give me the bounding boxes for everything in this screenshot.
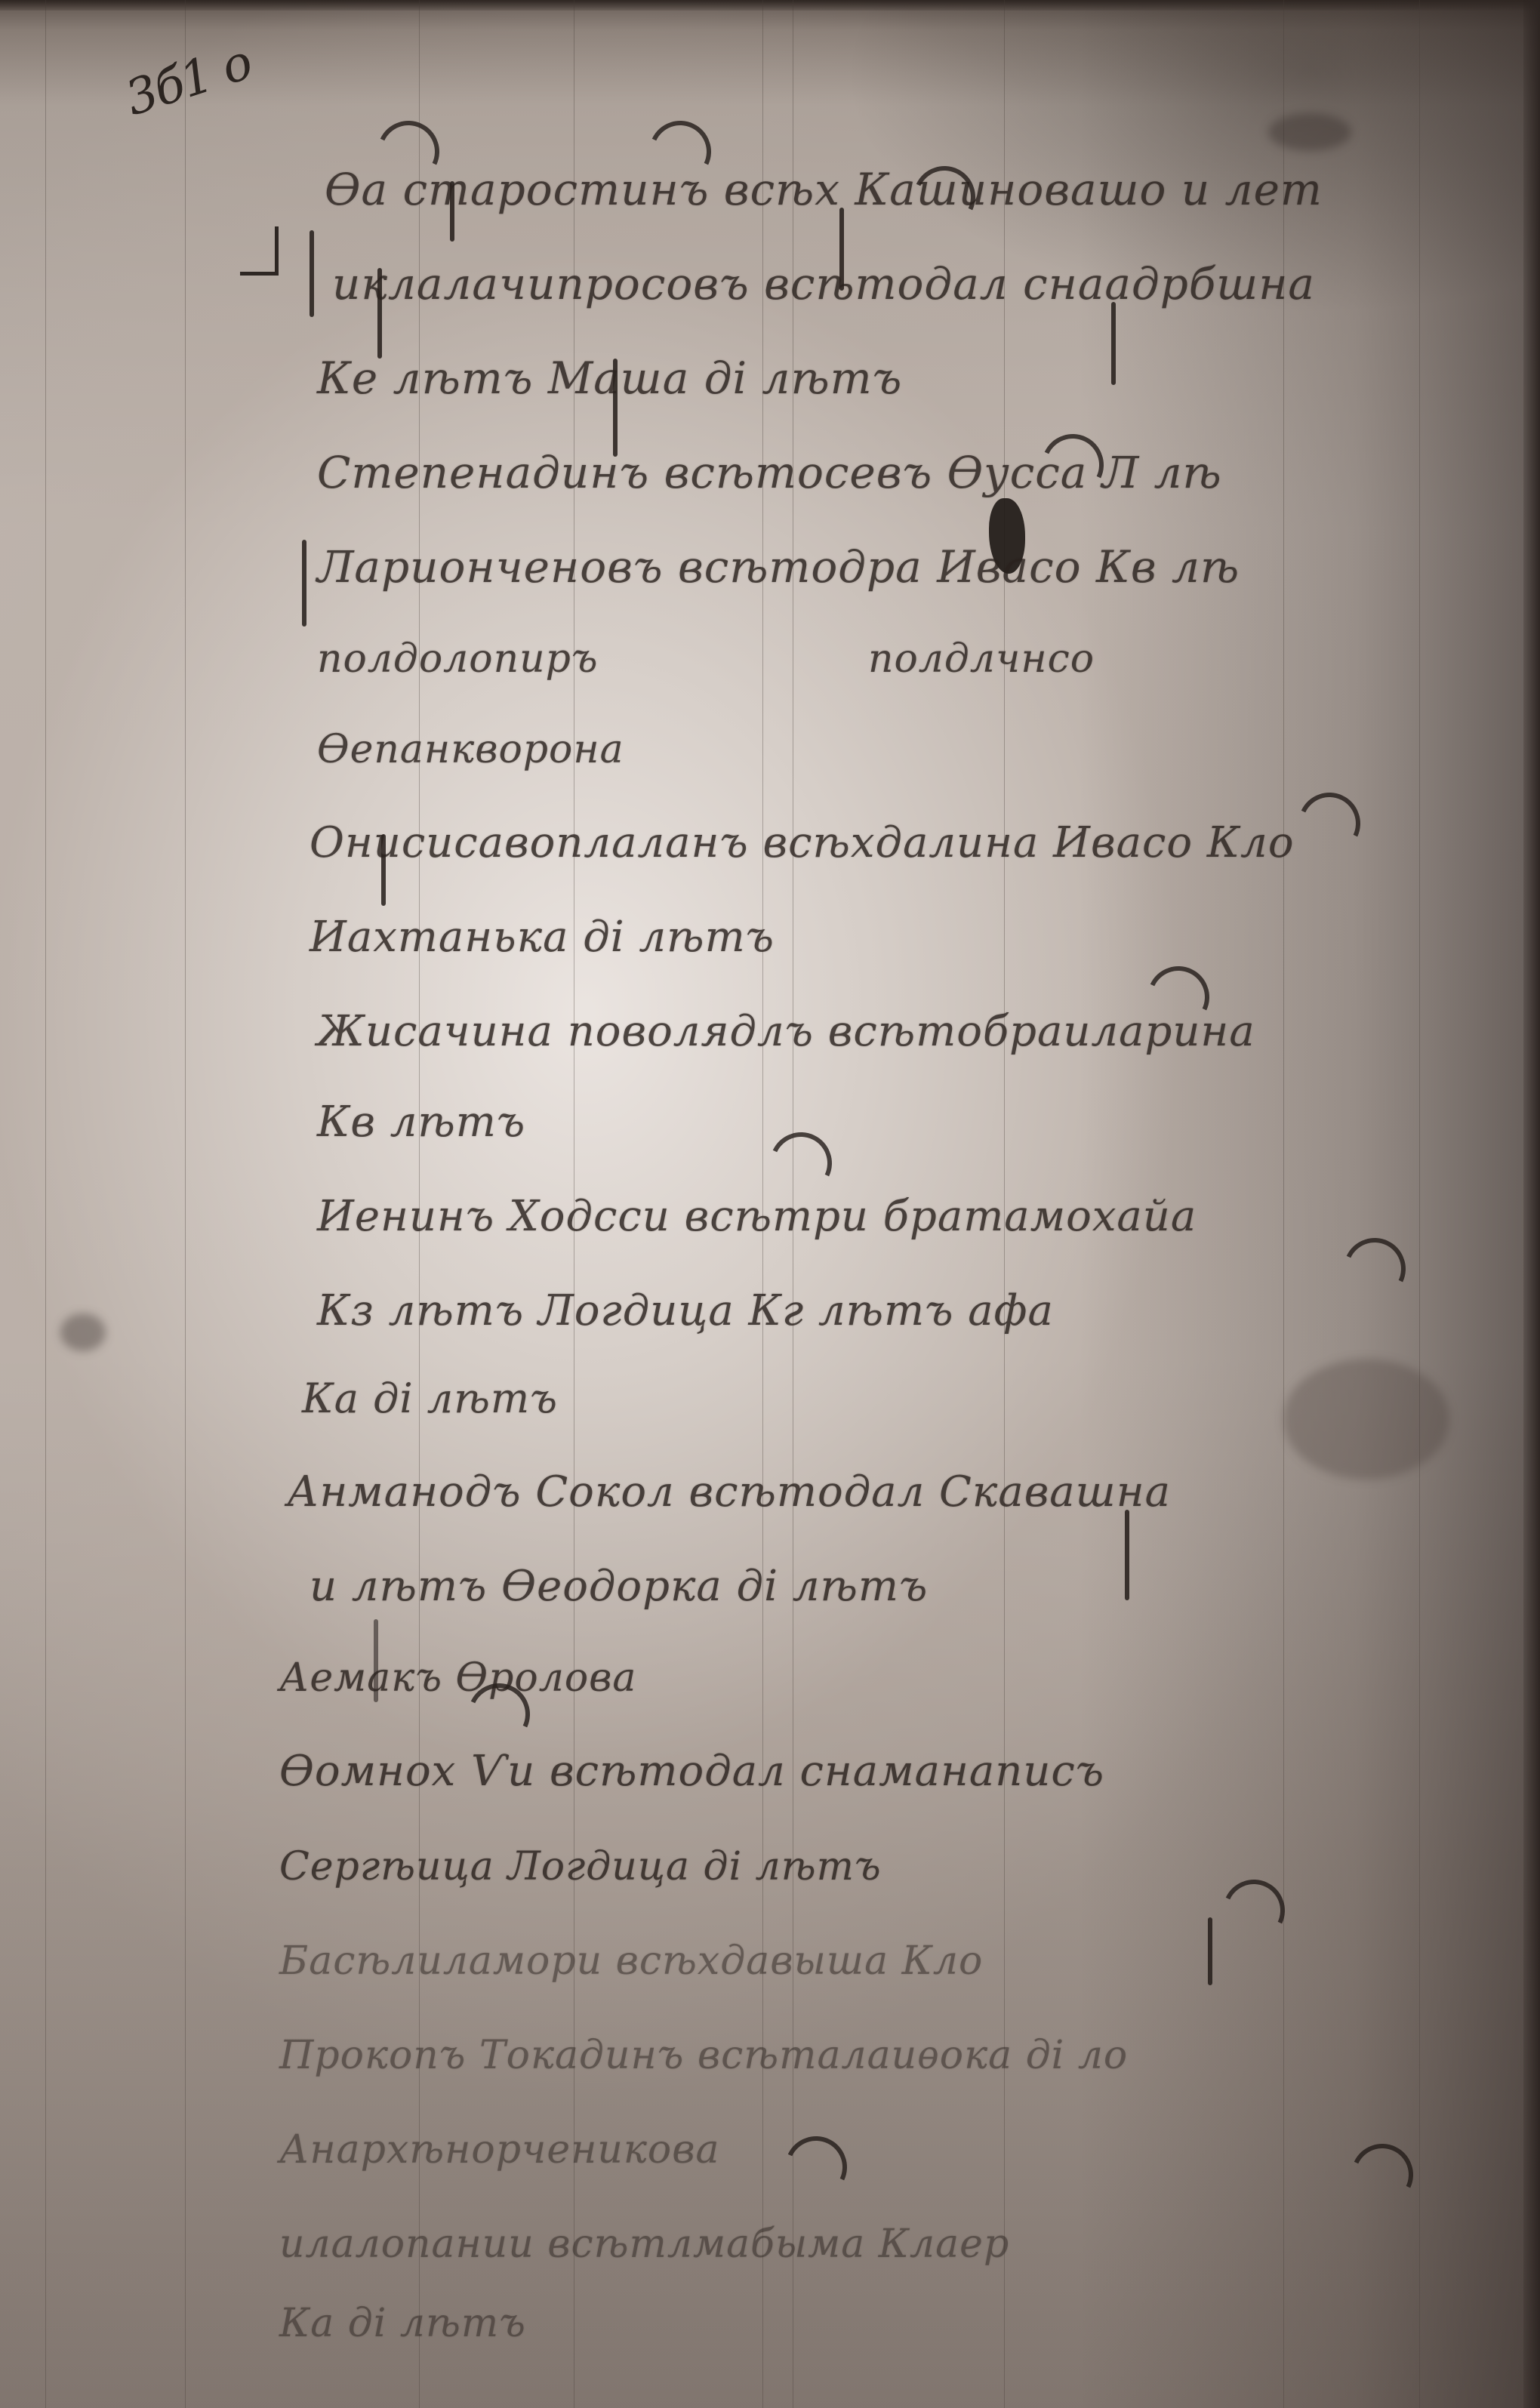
manuscript-line: полдолопиръ bbox=[317, 636, 599, 682]
manuscript-line: Иахтанька ді лѣтъ bbox=[310, 913, 775, 962]
manuscript-line: Анархѣнорченикова bbox=[279, 2127, 719, 2172]
manuscript-line: Анманодъ Сокол всѣтодал Скавашна bbox=[287, 1467, 1171, 1517]
superscript-flourish bbox=[1342, 2135, 1421, 2214]
manuscript-line: полдлчнсо bbox=[868, 636, 1095, 682]
manuscript-line: илалопании всѣтлмабыма Клаер bbox=[279, 2222, 1009, 2267]
page-top-edge bbox=[0, 0, 1540, 11]
superscript-flourish bbox=[776, 2127, 855, 2206]
descender-stroke bbox=[1111, 302, 1116, 385]
descender-stroke bbox=[310, 230, 314, 317]
superscript-flourish bbox=[1335, 1229, 1414, 1308]
ink-smudge bbox=[60, 1313, 106, 1351]
manuscript-line: Аемакъ Ѳролова bbox=[279, 1655, 636, 1701]
manuscript-line: Онисисавоплаланъ всѣхдалина Ивасо Кло bbox=[310, 818, 1295, 867]
descender-stroke bbox=[1125, 1510, 1129, 1600]
descender-stroke bbox=[1208, 1917, 1212, 1985]
manuscript-line: Ѳа старостинъ всѣх Кашиновашо и лет bbox=[325, 164, 1323, 215]
manuscript-page: 3б1 о Ѳа старостинъ всѣх Кашиновашо и ле… bbox=[0, 0, 1540, 2408]
manuscript-line: Ѳепанкворона bbox=[317, 727, 624, 772]
ruling-line bbox=[1419, 0, 1420, 2408]
page-right-edge bbox=[1523, 0, 1540, 2408]
superscript-flourish bbox=[761, 1123, 840, 1202]
descender-stroke bbox=[302, 540, 306, 627]
manuscript-line: Кв лѣтъ bbox=[317, 1098, 525, 1147]
ruling-line bbox=[185, 0, 186, 2408]
stain bbox=[1283, 1359, 1449, 1480]
superscript-flourish bbox=[1214, 1871, 1293, 1950]
manuscript-line: Ка ді лѣтъ bbox=[279, 2301, 526, 2346]
manuscript-line: Жисачина поволядлъ всѣтобраиларина bbox=[317, 1007, 1255, 1056]
ink-smudge bbox=[1268, 113, 1351, 151]
manuscript-line: Ка ді лѣтъ bbox=[302, 1375, 558, 1422]
manuscript-line: Иенинъ Ходсси всѣтри братамохайа bbox=[317, 1192, 1197, 1241]
manuscript-line: и лѣтъ Ѳеодорка ді лѣтъ bbox=[310, 1562, 928, 1611]
manuscript-line: иклалачипросовъ всѣтодал снаадрбшна bbox=[332, 258, 1315, 309]
manuscript-line: Ларионченовъ всѣтодра Ивасо Кв лѣ bbox=[317, 541, 1240, 593]
ruling-line bbox=[45, 0, 46, 2408]
manuscript-line: Кз лѣтъ Логдица Кг лѣтъ афа bbox=[317, 1286, 1054, 1335]
manuscript-line: Степенадинъ всѣтосевъ Ѳусса Л лѣ bbox=[317, 447, 1222, 498]
ruling-line bbox=[1283, 0, 1284, 2408]
margin-mark bbox=[240, 226, 279, 276]
manuscript-line: Сергѣица Логдица ді лѣтъ bbox=[279, 1844, 882, 1889]
manuscript-line: Ѳомнох Ѵи всѣтодал снаманаписъ bbox=[279, 1747, 1104, 1796]
superscript-flourish bbox=[1289, 784, 1369, 863]
manuscript-line: Прокопъ Токадинъ всѣталаиѳока ді ло bbox=[279, 2033, 1128, 2078]
manuscript-line: Ке лѣтъ Маша ді лѣтъ bbox=[317, 353, 902, 404]
folio-number: 3б1 о bbox=[119, 35, 258, 128]
manuscript-line: Басѣлиламори всѣхдавыша Кло bbox=[279, 1938, 983, 1984]
